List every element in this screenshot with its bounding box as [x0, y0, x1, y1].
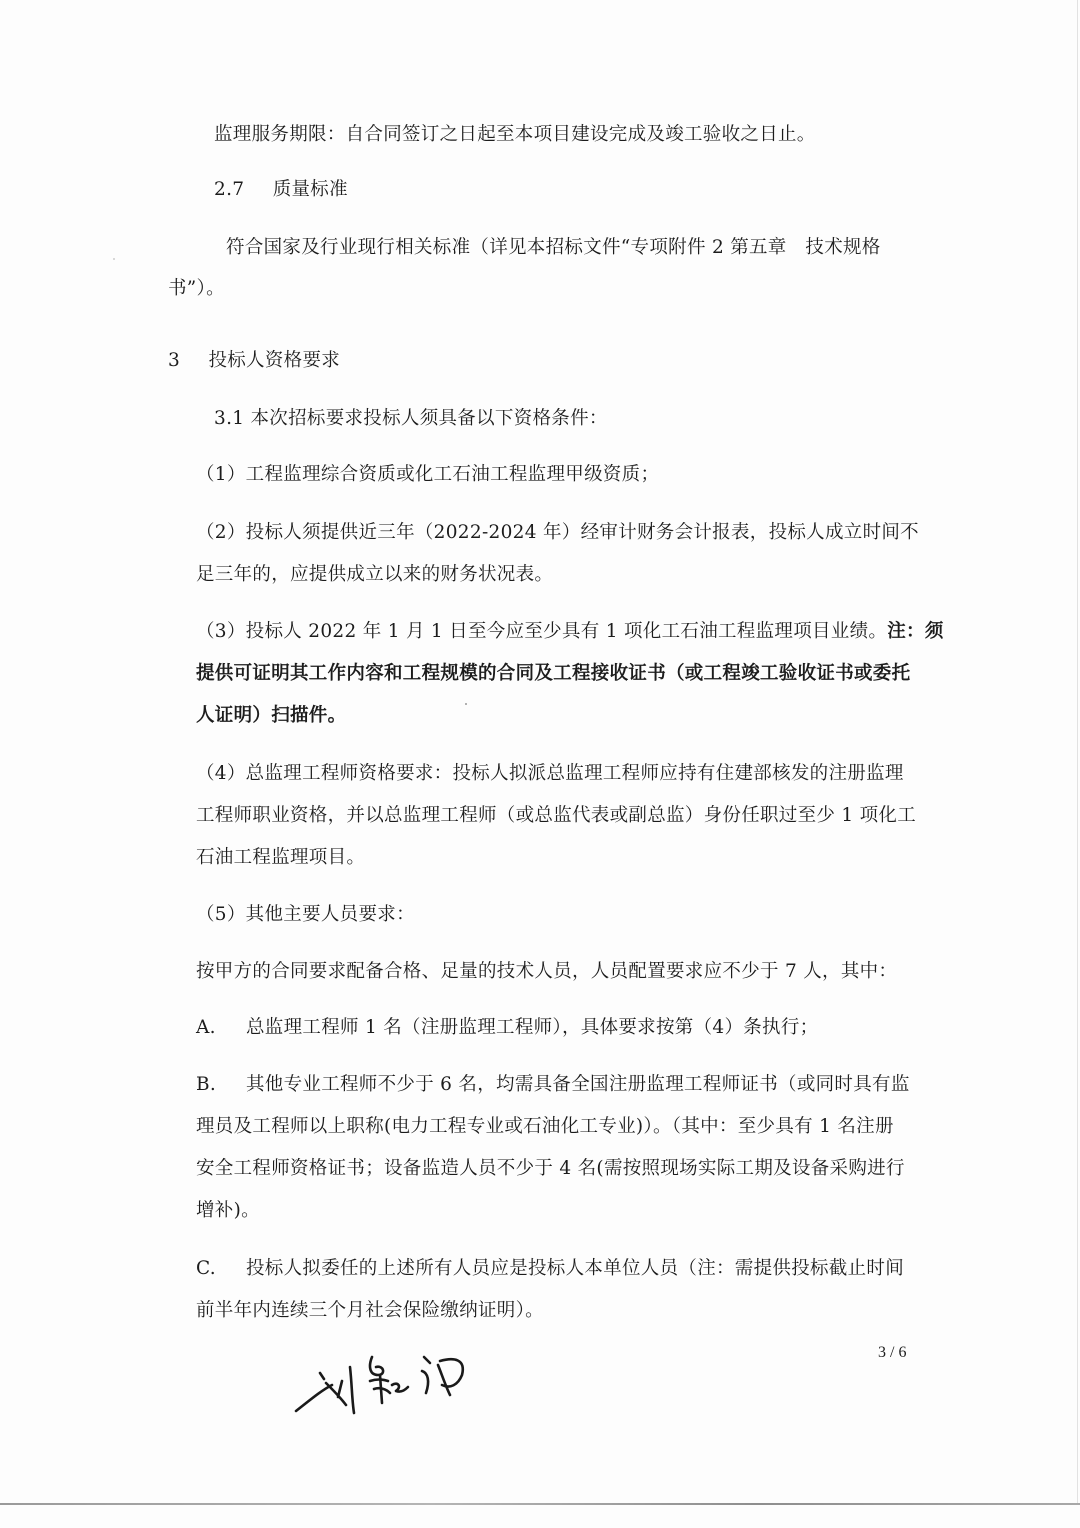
scan-speck — [113, 258, 115, 260]
staff-item-b-line1: B.其他专业工程师不少于 6 名，均需具备全国注册监理工程师证书（或同时具有监 — [196, 1073, 910, 1097]
section-2-7-body-line1: 符合国家及行业现行相关标准（详见本招标文件“专项附件 2 第五章 技术规格 — [226, 236, 881, 260]
requirement-4-line1: （4）总监理工程师资格要求：投标人拟派总监理工程师应持有住建部核发的注册监理 — [196, 762, 904, 786]
handwritten-signature-icon — [290, 1345, 490, 1420]
section-2-7-body-line2: 书”）。 — [168, 277, 225, 301]
item-label: A. — [196, 1016, 246, 1040]
item-label: C. — [196, 1257, 246, 1281]
requirement-2-line2: 足三年的，应提供成立以来的财务状况表。 — [196, 563, 553, 587]
staff-item-b-line3: 安全工程师资格证书；设备监造人员不少于 4 名(需按照现场实际工期及设备采购进行 — [196, 1157, 905, 1181]
requirement-3-note-label: 注：须 — [887, 621, 943, 642]
requirement-3-line3: 人证明）扫描件。 — [196, 704, 346, 728]
staff-item-c-line1: C.投标人拟委任的上述所有人员应是投标人本单位人员（注：需提供投标截止时间 — [196, 1257, 904, 1281]
scan-speck — [465, 703, 467, 705]
requirement-5: （5）其他主要人员要求： — [196, 903, 415, 927]
requirement-3-text: （3）投标人 2022 年 1 月 1 日至今应至少具有 1 项化工石油工程监理… — [196, 621, 887, 642]
section-3-heading: 3 投标人资格要求 — [168, 349, 340, 373]
document-page: 监理服务期限：自合同签订之日起至本项目建设完成及竣工验收之日止。 2.7 质量标… — [0, 0, 1080, 1528]
section-2-7-heading: 2.7 质量标准 — [214, 178, 348, 202]
subsection-3-1: 3.1 本次招标要求投标人须具备以下资格条件： — [214, 407, 608, 431]
requirement-3-line2: 提供可证明其工作内容和工程规模的合同及工程接收证书（或工程竣工验收证书或委托 — [196, 662, 910, 686]
item-text: 总监理工程师 1 名（注册监理工程师），具体要求按第（4）条执行； — [246, 1017, 818, 1038]
section-title: 质量标准 — [273, 179, 348, 200]
section-number: 2.7 — [214, 179, 244, 200]
requirement-1: （1）工程监理综合资质或化工石油工程监理甲级资质； — [196, 463, 659, 487]
requirement-4-line3: 石油工程监理项目。 — [196, 846, 365, 870]
item-label: B. — [196, 1073, 246, 1097]
service-period-text: 监理服务期限：自合同签订之日起至本项目建设完成及竣工验收之日止。 — [214, 123, 816, 147]
scan-right-edge — [1077, 0, 1078, 1505]
staffing-intro: 按甲方的合同要求配备合格、足量的技术人员，人员配置要求应不少于 7 人，其中： — [196, 960, 897, 984]
scan-bottom-edge — [0, 1503, 1080, 1505]
staff-item-b-line2: 理员及工程师以上职称(电力工程专业或石油化工专业)）。（其中：至少具有 1 名注… — [196, 1115, 894, 1139]
section-title: 投标人资格要求 — [208, 350, 340, 371]
section-number: 3 — [168, 350, 180, 371]
staff-item-a: A.总监理工程师 1 名（注册监理工程师），具体要求按第（4）条执行； — [196, 1016, 818, 1040]
requirement-3-line1: （3）投标人 2022 年 1 月 1 日至今应至少具有 1 项化工石油工程监理… — [196, 620, 944, 644]
requirement-4-line2: 工程师职业资格，并以总监理工程师（或总监代表或副总监）身份任职过至少 1 项化工 — [196, 804, 916, 828]
staff-item-b-line4: 增补)。 — [196, 1199, 260, 1223]
requirement-2-line1: （2）投标人须提供近三年（2022-2024 年）经审计财务会计报表，投标人成立… — [196, 521, 919, 545]
page-number: 3 / 6 — [878, 1344, 906, 1362]
item-text: 其他专业工程师不少于 6 名，均需具备全国注册监理工程师证书（或同时具有监 — [246, 1074, 910, 1095]
item-text: 投标人拟委任的上述所有人员应是投标人本单位人员（注：需提供投标截止时间 — [246, 1258, 904, 1279]
staff-item-c-line2: 前半年内连续三个月社会保险缴纳证明）。 — [196, 1299, 544, 1323]
